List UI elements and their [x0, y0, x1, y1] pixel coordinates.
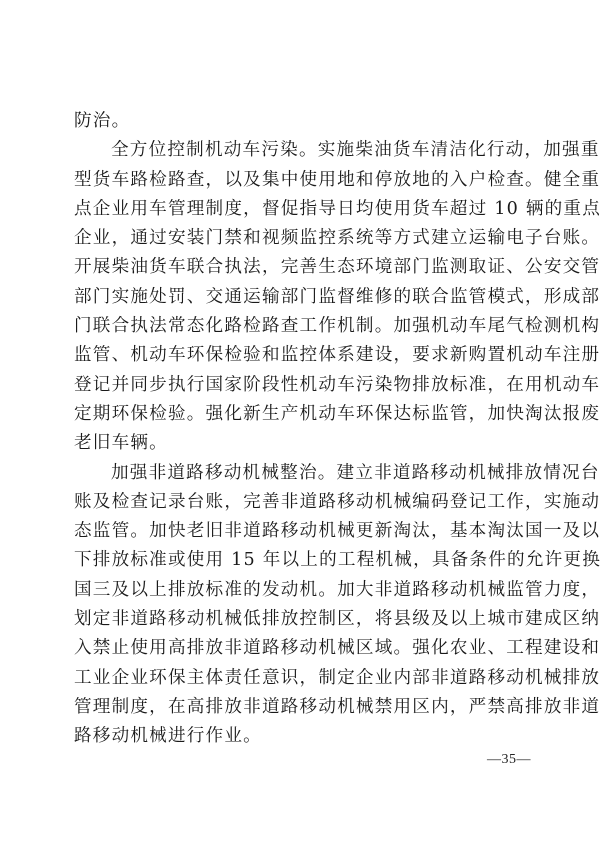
text-line: 国三及以上排放标准的发动机。加大非道路移动机械监管力度，: [74, 576, 526, 605]
text-line: 工业企业环保主体责任意识，制定企业内部非道路移动机械排放: [74, 664, 526, 693]
text-line: 老旧车辆。: [74, 429, 526, 458]
text-line: 加强非道路移动机械整治。建立非道路移动机械排放情况台: [74, 459, 526, 488]
text-line: 登记并同步执行国家阶段性机动车污染物排放标准，在用机动车: [74, 371, 526, 400]
paragraph-continuation: 防治。: [74, 107, 526, 136]
page-number: —35—: [486, 752, 532, 768]
text-line: 防治。: [74, 107, 526, 136]
text-line: 企业，通过安装门禁和视频监控系统等方式建立运输电子台账。: [74, 224, 526, 253]
text-line: 监管、机动车环保检验和监控体系建设，要求新购置机动车注册: [74, 341, 526, 370]
text-line: 账及检查记录台账，完善非道路移动机械编码登记工作，实施动: [74, 488, 526, 517]
text-line: 全方位控制机动车污染。实施柴油货车清洁化行动，加强重: [74, 136, 526, 165]
text-line: 路移动机械进行作业。: [74, 722, 526, 751]
text-line: 门联合执法常态化路检路查工作机制。加强机动车尾气检测机构: [74, 312, 526, 341]
text-line: 下排放标准或使用 15 年以上的工程机械，具备条件的允许更换: [74, 546, 526, 575]
text-line: 开展柴油货车联合执法，完善生态环境部门监测取证、公安交管: [74, 253, 526, 282]
paragraph-non-road-machinery: 加强非道路移动机械整治。建立非道路移动机械排放情况台 账及检查记录台账，完善非道…: [74, 459, 526, 752]
text-line: 管理制度，在高排放非道路移动机械禁用区内，严禁高排放非道: [74, 693, 526, 722]
text-line: 入禁止使用高排放非道路移动机械区域。强化农业、工程建设和: [74, 634, 526, 663]
text-line: 型货车路检路查，以及集中使用地和停放地的入户检查。健全重: [74, 166, 526, 195]
document-body: 防治。 全方位控制机动车污染。实施柴油货车清洁化行动，加强重 型货车路检路查，以…: [74, 107, 526, 752]
text-line: 部门实施处罚、交通运输部门监督维修的联合监管模式，形成部: [74, 283, 526, 312]
text-line: 点企业用车管理制度，督促指导日均使用货车超过 10 辆的重点: [74, 195, 526, 224]
text-line: 划定非道路移动机械低排放控制区，将县级及以上城市建成区纳: [74, 605, 526, 634]
text-line: 态监管。加快老旧非道路移动机械更新淘汰，基本淘汰国一及以: [74, 517, 526, 546]
text-line: 定期环保检验。强化新生产机动车环保达标监管，加快淘汰报废: [74, 400, 526, 429]
paragraph-motor-vehicle-pollution: 全方位控制机动车污染。实施柴油货车清洁化行动，加强重 型货车路检路查，以及集中使…: [74, 136, 526, 458]
